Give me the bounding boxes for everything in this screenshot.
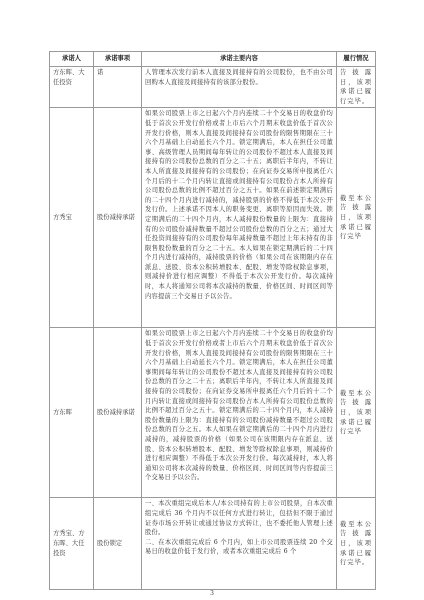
header-promisor: 承诺人 bbox=[50, 52, 94, 67]
content-paragraph: 如果公司股票上市之日起六个月内连续二十个交易日的收盘价均低于首次公开发行价格或者… bbox=[145, 109, 333, 301]
content-paragraph: 二、在本次重组完成后 6 个月内，如上市公司股票连续 20 个交易日的收盘价低于… bbox=[145, 538, 333, 557]
item-cell: 股份减持承诺 bbox=[94, 328, 142, 498]
content-paragraph: 如果公司股票上市之日起六个月内连续二十个交易日的收盘价均低于首次公开发行价格或者… bbox=[145, 329, 333, 483]
content-paragraph: 一、本次重组完成后本人/本公司持有的上市公司股票，自本次重组完成后 36 个月内… bbox=[145, 499, 333, 537]
content-paragraph: 人管理本次发行前本人直接及间接持有的公司股份，也不由公司回购本人直接及间接持有的… bbox=[145, 68, 333, 87]
item-cell: 股份锁定 bbox=[94, 498, 142, 590]
header-content: 承诺主要内容 bbox=[142, 52, 337, 67]
item-cell: 诺 bbox=[94, 67, 142, 108]
promisor-cell: 方东晖、大任投资 bbox=[50, 67, 94, 108]
status-cell: 告披露日，该项承诺已履行完毕。 bbox=[337, 67, 376, 108]
promisor-cell: 方秀宝、方东晖、大任投资 bbox=[50, 498, 94, 590]
status-cell: 截至本公告披露日，该项承诺已履行完毕 bbox=[337, 108, 376, 328]
table-row: 方秀宝、方东晖、大任投资 股份锁定 一、本次重组完成后本人/本公司持有的上市公司… bbox=[50, 498, 376, 590]
header-item: 承诺事项 bbox=[94, 52, 142, 67]
content-cell: 一、本次重组完成后本人/本公司持有的上市公司股票，自本次重组完成后 36 个月内… bbox=[142, 498, 337, 590]
content-cell: 如果公司股票上市之日起六个月内连续二十个交易日的收盘价均低于首次公开发行价格或者… bbox=[142, 328, 337, 498]
promisor-cell: 方东晖 bbox=[50, 328, 94, 498]
promisor-cell: 方秀宝 bbox=[50, 108, 94, 328]
content-cell: 如果公司股票上市之日起六个月内连续二十个交易日的收盘价均低于首次公开发行价格或者… bbox=[142, 108, 337, 328]
status-cell: 截至本公告披露日，该项承诺已履行完毕 bbox=[337, 328, 376, 498]
table-row: 方秀宝 股份减持承诺 如果公司股票上市之日起六个月内连续二十个交易日的收盘价均低… bbox=[50, 108, 376, 328]
page-number: 3 bbox=[0, 590, 424, 597]
content-cell: 人管理本次发行前本人直接及间接持有的公司股份，也不由公司回购本人直接及间接持有的… bbox=[142, 67, 337, 108]
table-row: 方东晖 股份减持承诺 如果公司股票上市之日起六个月内连续二十个交易日的收盘价均低… bbox=[50, 328, 376, 498]
table-header-row: 承诺人 承诺事项 承诺主要内容 履行情况 bbox=[50, 52, 376, 67]
item-cell: 股份减持承诺 bbox=[94, 108, 142, 328]
status-cell: 截至本公告披露日，该项承诺已履行完毕。 bbox=[337, 498, 376, 590]
table-row: 方东晖、大任投资 诺 人管理本次发行前本人直接及间接持有的公司股份，也不由公司回… bbox=[50, 67, 376, 108]
header-status: 履行情况 bbox=[337, 52, 376, 67]
commitments-table: 承诺人 承诺事项 承诺主要内容 履行情况 方东晖、大任投资 诺 人管理本次发行前… bbox=[49, 51, 376, 590]
